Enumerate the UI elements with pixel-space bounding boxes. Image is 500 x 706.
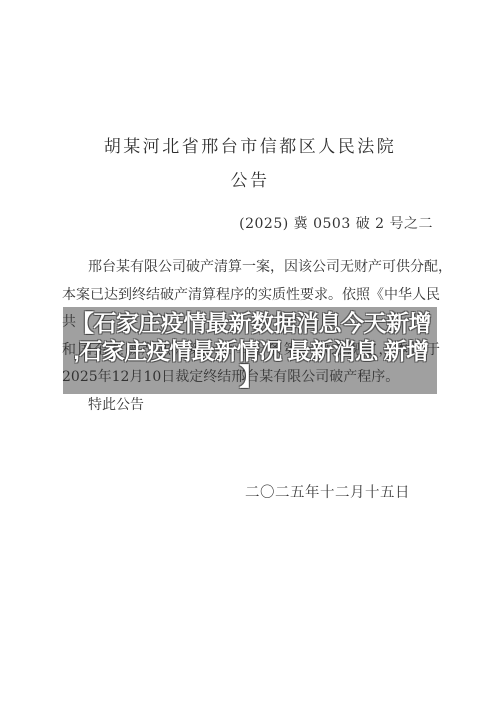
- overlay-banner-closing-bracket: 】: [62, 365, 440, 391]
- overlay-banner-line-1: 【石家庄疫情最新数据消息今天新增: [62, 309, 440, 337]
- announcement-date: 二〇二五年十二月十五日: [0, 481, 410, 502]
- case-number: (2025) 冀 0503 破 2 号之二: [0, 213, 433, 233]
- court-announcement-page: 胡某河北省邢台市信都区人民法院 公告 (2025) 冀 0503 破 2 号之二…: [0, 0, 500, 706]
- overlay-banner-line-2: ,石家庄疫情最新情况 最新消息 新增: [62, 337, 440, 365]
- overlay-banner: 【石家庄疫情最新数据消息今天新增 ,石家庄疫情最新情况 最新消息 新增 】: [62, 309, 440, 391]
- body-line-1: 邢台某有限公司破产清算一案，因该公司无财产可供分配，: [62, 254, 440, 282]
- closing-statement: 特此公告: [62, 392, 440, 420]
- court-name-title: 胡某河北省邢台市信都区人民法院: [0, 132, 500, 157]
- announcement-heading: 公告: [0, 166, 500, 191]
